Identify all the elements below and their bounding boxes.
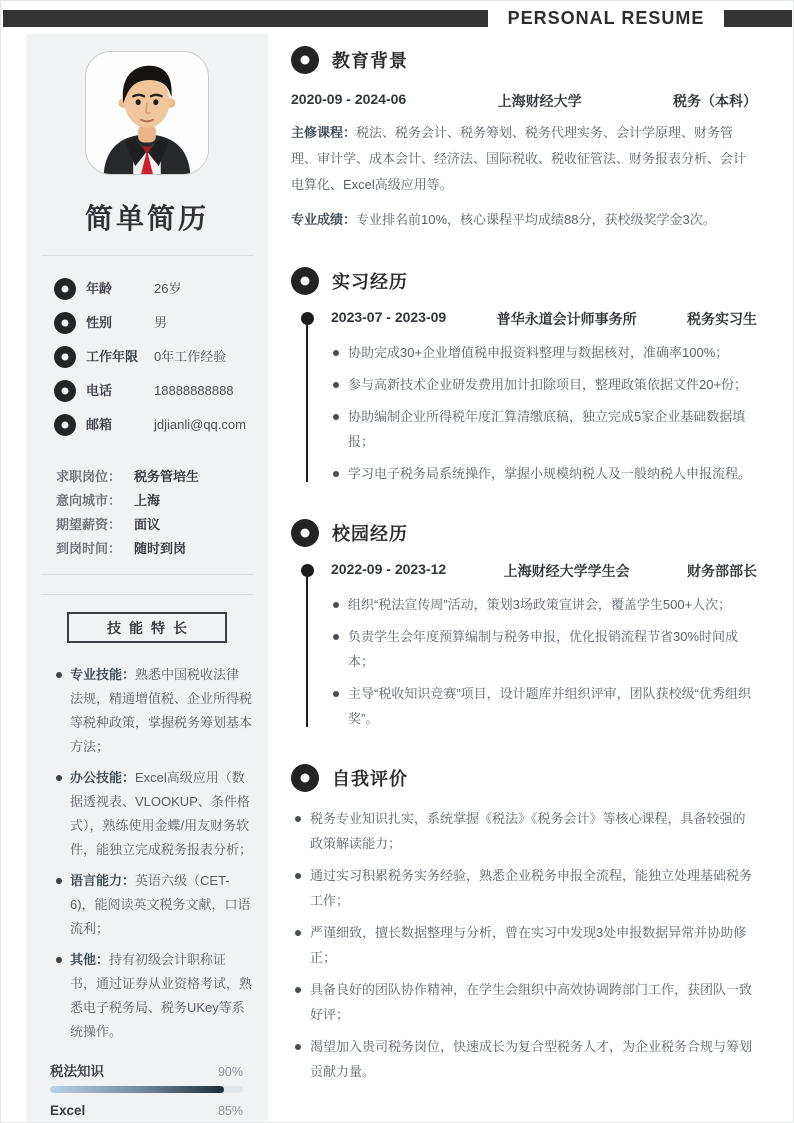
info-value: jdjianli@qq.com	[154, 414, 254, 436]
progress-item-excel: Excel 85%	[50, 1103, 243, 1123]
donut-icon	[54, 414, 76, 436]
progress-label: 税法知识	[50, 1060, 104, 1080]
skills-list: 专业技能：熟悉中国税收法律法规，精通增值税、企业所得税等税种政策，掌握税务筹划基…	[56, 663, 252, 1044]
info-row-email: 邮箱 jdjianli@qq.com	[54, 414, 254, 436]
evaluation-bullets: 税务专业知识扎实，系统掌握《税法》《税务会计》等核心课程，具备较强的政策解读能力…	[291, 806, 757, 1084]
section-donut-icon	[291, 764, 319, 792]
section-donut-icon	[291, 46, 319, 74]
progress-percent: 85%	[218, 1104, 243, 1118]
skill-label: 语言能力：	[70, 873, 135, 888]
intent-value: 税务管培生	[134, 470, 199, 484]
progress-item-taxlaw: 税法知识 90%	[50, 1060, 243, 1093]
grades-text: 专业排名前10%，核心课程平均成绩88分，获校级奖学金3次。	[356, 212, 716, 227]
intent-label: 意向城市：	[56, 494, 134, 508]
donut-icon	[54, 346, 76, 368]
info-label: 年龄	[86, 278, 154, 300]
section-donut-icon	[291, 267, 319, 295]
skill-item: 专业技能：熟悉中国税收法律法规，精通增值税、企业所得税等税种政策，掌握税务筹划基…	[56, 663, 252, 759]
info-row-phone: 电话 18888888888	[54, 380, 254, 402]
bullet-item: 学习电子税务局系统操作，掌握小规模纳税人及一般纳税人申报流程。	[331, 461, 757, 486]
info-row-gender: 性别 男	[54, 312, 254, 334]
campus-org: 上海财经大学学生会	[504, 561, 630, 581]
intent-label: 求职岗位：	[56, 470, 134, 484]
bullet-item: 组织“税法宣传周”活动，策划3场政策宣讲会，覆盖学生500+人次；	[331, 592, 757, 617]
internship-period: 2023-07 - 2023-09	[331, 309, 446, 329]
skill-progress-block: 税法知识 90% Excel 85%	[50, 1060, 243, 1123]
education-header-row: 2020-09 - 2024-06 上海财经大学 税务（本科）	[291, 91, 757, 111]
internship-role: 税务实习生	[687, 309, 757, 329]
courses-label: 主修课程：	[291, 125, 356, 140]
education-courses: 主修课程：税法、税务会计、税务筹划、税务代理实务、会计学原理、财务管理、审计学、…	[291, 120, 757, 198]
section-title: 实习经历	[332, 268, 408, 294]
skills-section-title-box: 技能特长	[67, 612, 227, 643]
progress-track	[50, 1086, 243, 1093]
divider-group	[26, 574, 268, 595]
skill-item: 其他：持有初级会计职称证书，通过证券从业资格考试，熟悉电子税务局、税务UKey等…	[56, 948, 252, 1044]
timeline-dot-icon	[301, 312, 314, 325]
donut-icon	[54, 380, 76, 402]
campus-bullets: 组织“税法宣传周”活动，策划3场政策宣讲会，覆盖学生500+人次； 负责学生会年…	[331, 592, 757, 731]
bullet-item: 通过实习积累税务实务经验，熟悉企业税务申报全流程，能独立处理基础税务工作；	[293, 863, 757, 913]
skill-label: 办公技能：	[70, 770, 135, 785]
progress-percent: 90%	[218, 1065, 243, 1079]
divider	[41, 255, 253, 256]
education-grades: 专业成绩：专业排名前10%，核心课程平均成绩88分，获校级奖学金3次。	[291, 207, 757, 233]
skills-section-title: 技能特长	[99, 618, 195, 638]
intent-row-availability: 到岗时间： 随时到岗	[56, 542, 254, 556]
intent-row-salary: 期望薪资： 面议	[56, 518, 254, 532]
section-donut-icon	[291, 519, 319, 547]
bullet-item: 严谨细致，擅长数据整理与分析，曾在实习中发现3处申报数据异常并协助修正；	[293, 920, 757, 970]
section-title: 教育背景	[332, 47, 408, 73]
info-value: 0年工作经验	[154, 346, 254, 368]
internship-entry: 2023-07 - 2023-09 普华永道会计师事务所 税务实习生 协助完成3…	[291, 309, 757, 486]
campus-period: 2022-09 - 2023-12	[331, 561, 446, 581]
section-title: 校园经历	[332, 520, 408, 546]
job-intention-list: 求职岗位： 税务管培生 意向城市： 上海 期望薪资： 面议 到岗时间： 随时到岗	[56, 470, 254, 556]
courses-text: 税法、税务会计、税务筹划、税务代理实务、会计学原理、财务管理、审计学、成本会计、…	[291, 125, 746, 192]
info-value: 男	[154, 312, 254, 334]
bullet-item: 主导“税收知识竞赛”项目，设计题库并组织评审，团队获校级“优秀组织奖”。	[331, 681, 757, 731]
info-label: 工作年限	[86, 346, 154, 368]
intent-value: 随时到岗	[134, 542, 186, 556]
timeline-dot-icon	[301, 564, 314, 577]
internship-header-row: 2023-07 - 2023-09 普华永道会计师事务所 税务实习生	[331, 309, 757, 329]
donut-icon	[54, 312, 76, 334]
section-internship: 实习经历 2023-07 - 2023-09 普华永道会计师事务所 税务实习生 …	[291, 267, 757, 486]
section-education: 教育背景 2020-09 - 2024-06 上海财经大学 税务（本科） 主修课…	[291, 46, 757, 233]
education-major: 税务（本科）	[673, 91, 757, 111]
info-row-experience: 工作年限 0年工作经验	[54, 346, 254, 368]
resume-page: PERSONAL RESUME	[0, 0, 794, 1123]
skill-item: 办公技能：Excel高级应用（数据透视表、VLOOKUP、条件格式），熟练使用金…	[56, 766, 252, 862]
banner-label: PERSONAL RESUME	[488, 2, 724, 34]
bullet-item: 协助编制企业所得税年度汇算清缴底稿，独立完成5家企业基础数据填报；	[331, 404, 757, 454]
campus-header-row: 2022-09 - 2023-12 上海财经大学学生会 财务部部长	[331, 561, 757, 581]
education-period: 2020-09 - 2024-06	[291, 91, 406, 111]
bullet-item: 参与高新技术企业研发费用加计扣除项目，整理政策依据文件20+份；	[331, 372, 757, 397]
progress-fill	[50, 1086, 224, 1093]
info-value: 18888888888	[154, 380, 254, 402]
info-label: 性别	[86, 312, 154, 334]
intent-label: 期望薪资：	[56, 518, 134, 532]
bullet-item: 渴望加入贵司税务岗位，快速成长为复合型税务人才，为企业税务合规与筹划贡献力量。	[293, 1034, 757, 1084]
bullet-item: 税务专业知识扎实，系统掌握《税法》《税务会计》等核心课程，具备较强的政策解读能力…	[293, 806, 757, 856]
section-evaluation: 自我评价 税务专业知识扎实，系统掌握《税法》《税务会计》等核心课程，具备较强的政…	[291, 764, 757, 1084]
section-campus: 校园经历 2022-09 - 2023-12 上海财经大学学生会 财务部部长 组…	[291, 519, 757, 731]
donut-icon	[54, 278, 76, 300]
info-value: 26岁	[154, 278, 254, 300]
intent-row-city: 意向城市： 上海	[56, 494, 254, 508]
resume-title: 简单简历	[26, 197, 268, 237]
grades-label: 专业成绩：	[291, 212, 356, 227]
avatar	[85, 51, 209, 175]
main-content: 教育背景 2020-09 - 2024-06 上海财经大学 税务（本科） 主修课…	[291, 46, 757, 1091]
info-label: 邮箱	[86, 414, 154, 436]
avatar-illustration	[86, 52, 208, 174]
section-title: 自我评价	[332, 765, 408, 791]
education-school: 上海财经大学	[498, 91, 582, 111]
progress-label: Excel	[50, 1103, 85, 1118]
basic-info-list: 年龄 26岁 性别 男 工作年限 0年工作经验 电话 18888888888 邮…	[54, 278, 254, 436]
bullet-item: 负责学生会年度预算编制与税务申报，优化报销流程节省30%时间成本；	[331, 624, 757, 674]
bullet-item: 具备良好的团队协作精神，在学生会组织中高效协调跨部门工作，获团队一致好评；	[293, 977, 757, 1027]
intent-value: 面议	[134, 518, 160, 532]
sidebar: 简单简历 年龄 26岁 性别 男 工作年限 0年工作经验 电话 18888888	[26, 34, 268, 1121]
intent-label: 到岗时间：	[56, 542, 134, 556]
divider	[41, 594, 253, 595]
internship-bullets: 协助完成30+企业增值税申报资料整理与数据核对，准确率100%； 参与高新技术企…	[331, 340, 757, 486]
skill-label: 其他：	[70, 952, 109, 967]
intent-value: 上海	[134, 494, 160, 508]
info-row-age: 年龄 26岁	[54, 278, 254, 300]
info-label: 电话	[86, 380, 154, 402]
intent-row-position: 求职岗位： 税务管培生	[56, 470, 254, 484]
internship-org: 普华永道会计师事务所	[497, 309, 637, 329]
skill-label: 专业技能：	[70, 667, 135, 682]
divider	[41, 574, 253, 575]
banner-text: PERSONAL RESUME	[508, 8, 705, 29]
campus-role: 财务部部长	[687, 561, 757, 581]
bullet-item: 协助完成30+企业增值税申报资料整理与数据核对，准确率100%；	[331, 340, 757, 365]
campus-entry: 2022-09 - 2023-12 上海财经大学学生会 财务部部长 组织“税法宣…	[291, 561, 757, 731]
skill-item: 语言能力：英语六级（CET-6)，能阅读英文税务文献，口语流利；	[56, 869, 252, 941]
